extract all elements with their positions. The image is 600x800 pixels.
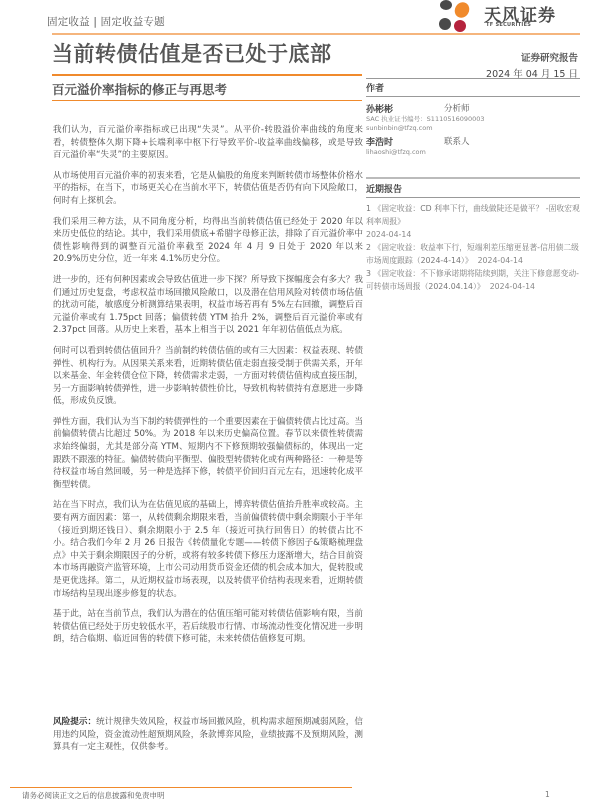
author-role: 联系人 (444, 135, 470, 147)
body-paragraph: 进一步的，还有何种因素或会导致估值进一步下探？所导致下探幅度会有多大？我们通过历… (53, 274, 363, 337)
header-divider (52, 33, 480, 35)
sidebar: 作者 孙彬彬 分析师 SAC 执业证书编号：S1110516090003 sun… (366, 78, 580, 293)
recent-report-item[interactable]: 3 《固定收益：不下修承诺期将陆续到期，关注下修意愿变动-可转债市场周报（202… (366, 267, 580, 293)
author-role: 分析师 (444, 102, 470, 114)
recent-divider-bottom (366, 197, 580, 198)
report-body: 我们认为，百元溢价率指标或已出现“失灵”。从平价-转股溢价率曲线的角度来看，转债… (53, 124, 363, 762)
author-email[interactable]: sunbinbin@tfzq.com (366, 124, 580, 133)
recent-report-item[interactable]: 1 《固定收益：CD 利率下行，曲线做陡还是做平？ -固收宏观利率周报》 202… (366, 202, 580, 241)
authors-divider (366, 96, 580, 97)
recent-report-date: 2024-04-14 (366, 230, 411, 239)
authors-heading: 作者 (366, 81, 580, 96)
author-card: 李浩时 联系人 lihaoshi@tfzq.com (366, 135, 580, 157)
author-name: 孙彬彬 (366, 102, 580, 115)
subtitle-divider (52, 100, 362, 101)
recent-report-date: 2024-04-14 (478, 256, 523, 265)
recent-heading: 近期报告 (366, 182, 580, 197)
recent-divider (366, 177, 580, 179)
page-title: 当前转债估值是否已处于底部 (52, 38, 332, 68)
body-paragraph: 我们认为，百元溢价率指标或已出现“失灵”。从平价-转股溢价率曲线的角度来看，转债… (53, 124, 363, 162)
recent-reports: 近期报告 1 《固定收益：CD 利率下行，曲线做陡还是做平？ -固收宏观利率周报… (366, 177, 580, 293)
body-paragraph: 站在当下时点，我们认为在估值见底的基础上，博弈转债估值抬升胜率或较高。主要有两方… (53, 499, 363, 600)
body-paragraph: 何时可以看到转债估值回升？当前制约转债估值的或有三大因素：权益表现、转债弹性、机… (53, 345, 363, 408)
risk-text: 统计规律失效风险，权益市场回撤风险，机构需求超预期减弱风险，信用违约风险，资金流… (53, 717, 363, 752)
recent-report-title[interactable]: 3 《固定收益：不下修承诺期将陆续到期，关注下修意愿变动-可转债市场周报（202… (366, 269, 579, 291)
report-category: 固定收益 | 固定收益专题 (47, 14, 165, 29)
author-card: 孙彬彬 分析师 SAC 执业证书编号：S1110516090003 sunbin… (366, 102, 580, 133)
body-paragraph: 弹性方面，我们认为当下制约转债弹性的一个重要因素在于偏债转债占比过高。当前偏债转… (53, 416, 363, 492)
company-logo: 天风证券 TF SECURITIES (432, 0, 592, 36)
body-paragraph: 我们采用三种方法，从不同角度分析，均得出当前转债估值已经处于 2020 年以来历… (53, 216, 363, 266)
header-divider-right (480, 33, 580, 35)
footer-divider (10, 787, 352, 788)
risk-label: 风险提示： (53, 717, 96, 727)
recent-report-list: 1 《固定收益：CD 利率下行，曲线做陡还是做平？ -固收宏观利率周报》 202… (366, 202, 580, 293)
recent-report-title[interactable]: 2 《固定收益：收益率下行，短端利差压缩更显著-信用债二级市场周度跟踪（2024… (366, 243, 579, 265)
author-sac-number: SAC 执业证书编号：S1110516090003 (366, 115, 580, 124)
risk-warning: 风险提示：统计规律失效风险，权益市场回撤风险，机构需求超预期减弱风险，信用违约风… (53, 716, 363, 754)
recent-report-item[interactable]: 2 《固定收益：收益率下行，短端利差压缩更显著-信用债二级市场周度跟踪（2024… (366, 241, 580, 267)
author-email[interactable]: lihaoshi@tfzq.com (366, 148, 580, 157)
recent-report-title[interactable]: 1 《固定收益：CD 利率下行，曲线做陡还是做平？ -固收宏观利率周报》 (366, 204, 580, 226)
page-number: 1 (545, 790, 550, 799)
recent-report-date: 2024-04-14 (490, 282, 535, 291)
report-type: 证券研究报告 (521, 50, 578, 64)
sidebar-divider (366, 78, 580, 79)
logo-petals-icon (432, 0, 480, 36)
page-subtitle: 百元溢价率指标的修正与再思考 (52, 80, 227, 98)
body-paragraph: 基于此，站在当前节点，我们认为潜在的估值压缩可能对转债估值影响有限，当前转债估值… (53, 608, 363, 646)
body-paragraph: 从市场使用百元溢价率的初衷来看，它是从偏股的角度来判断转债市场整体价格水平的指标… (53, 170, 363, 208)
logo-name-en: TF SECURITIES (486, 22, 531, 28)
title-divider (52, 74, 362, 76)
footer-disclaimer[interactable]: 请务必阅读正文之后的信息披露和免责申明 (22, 790, 165, 800)
author-name: 李浩时 (366, 135, 580, 148)
